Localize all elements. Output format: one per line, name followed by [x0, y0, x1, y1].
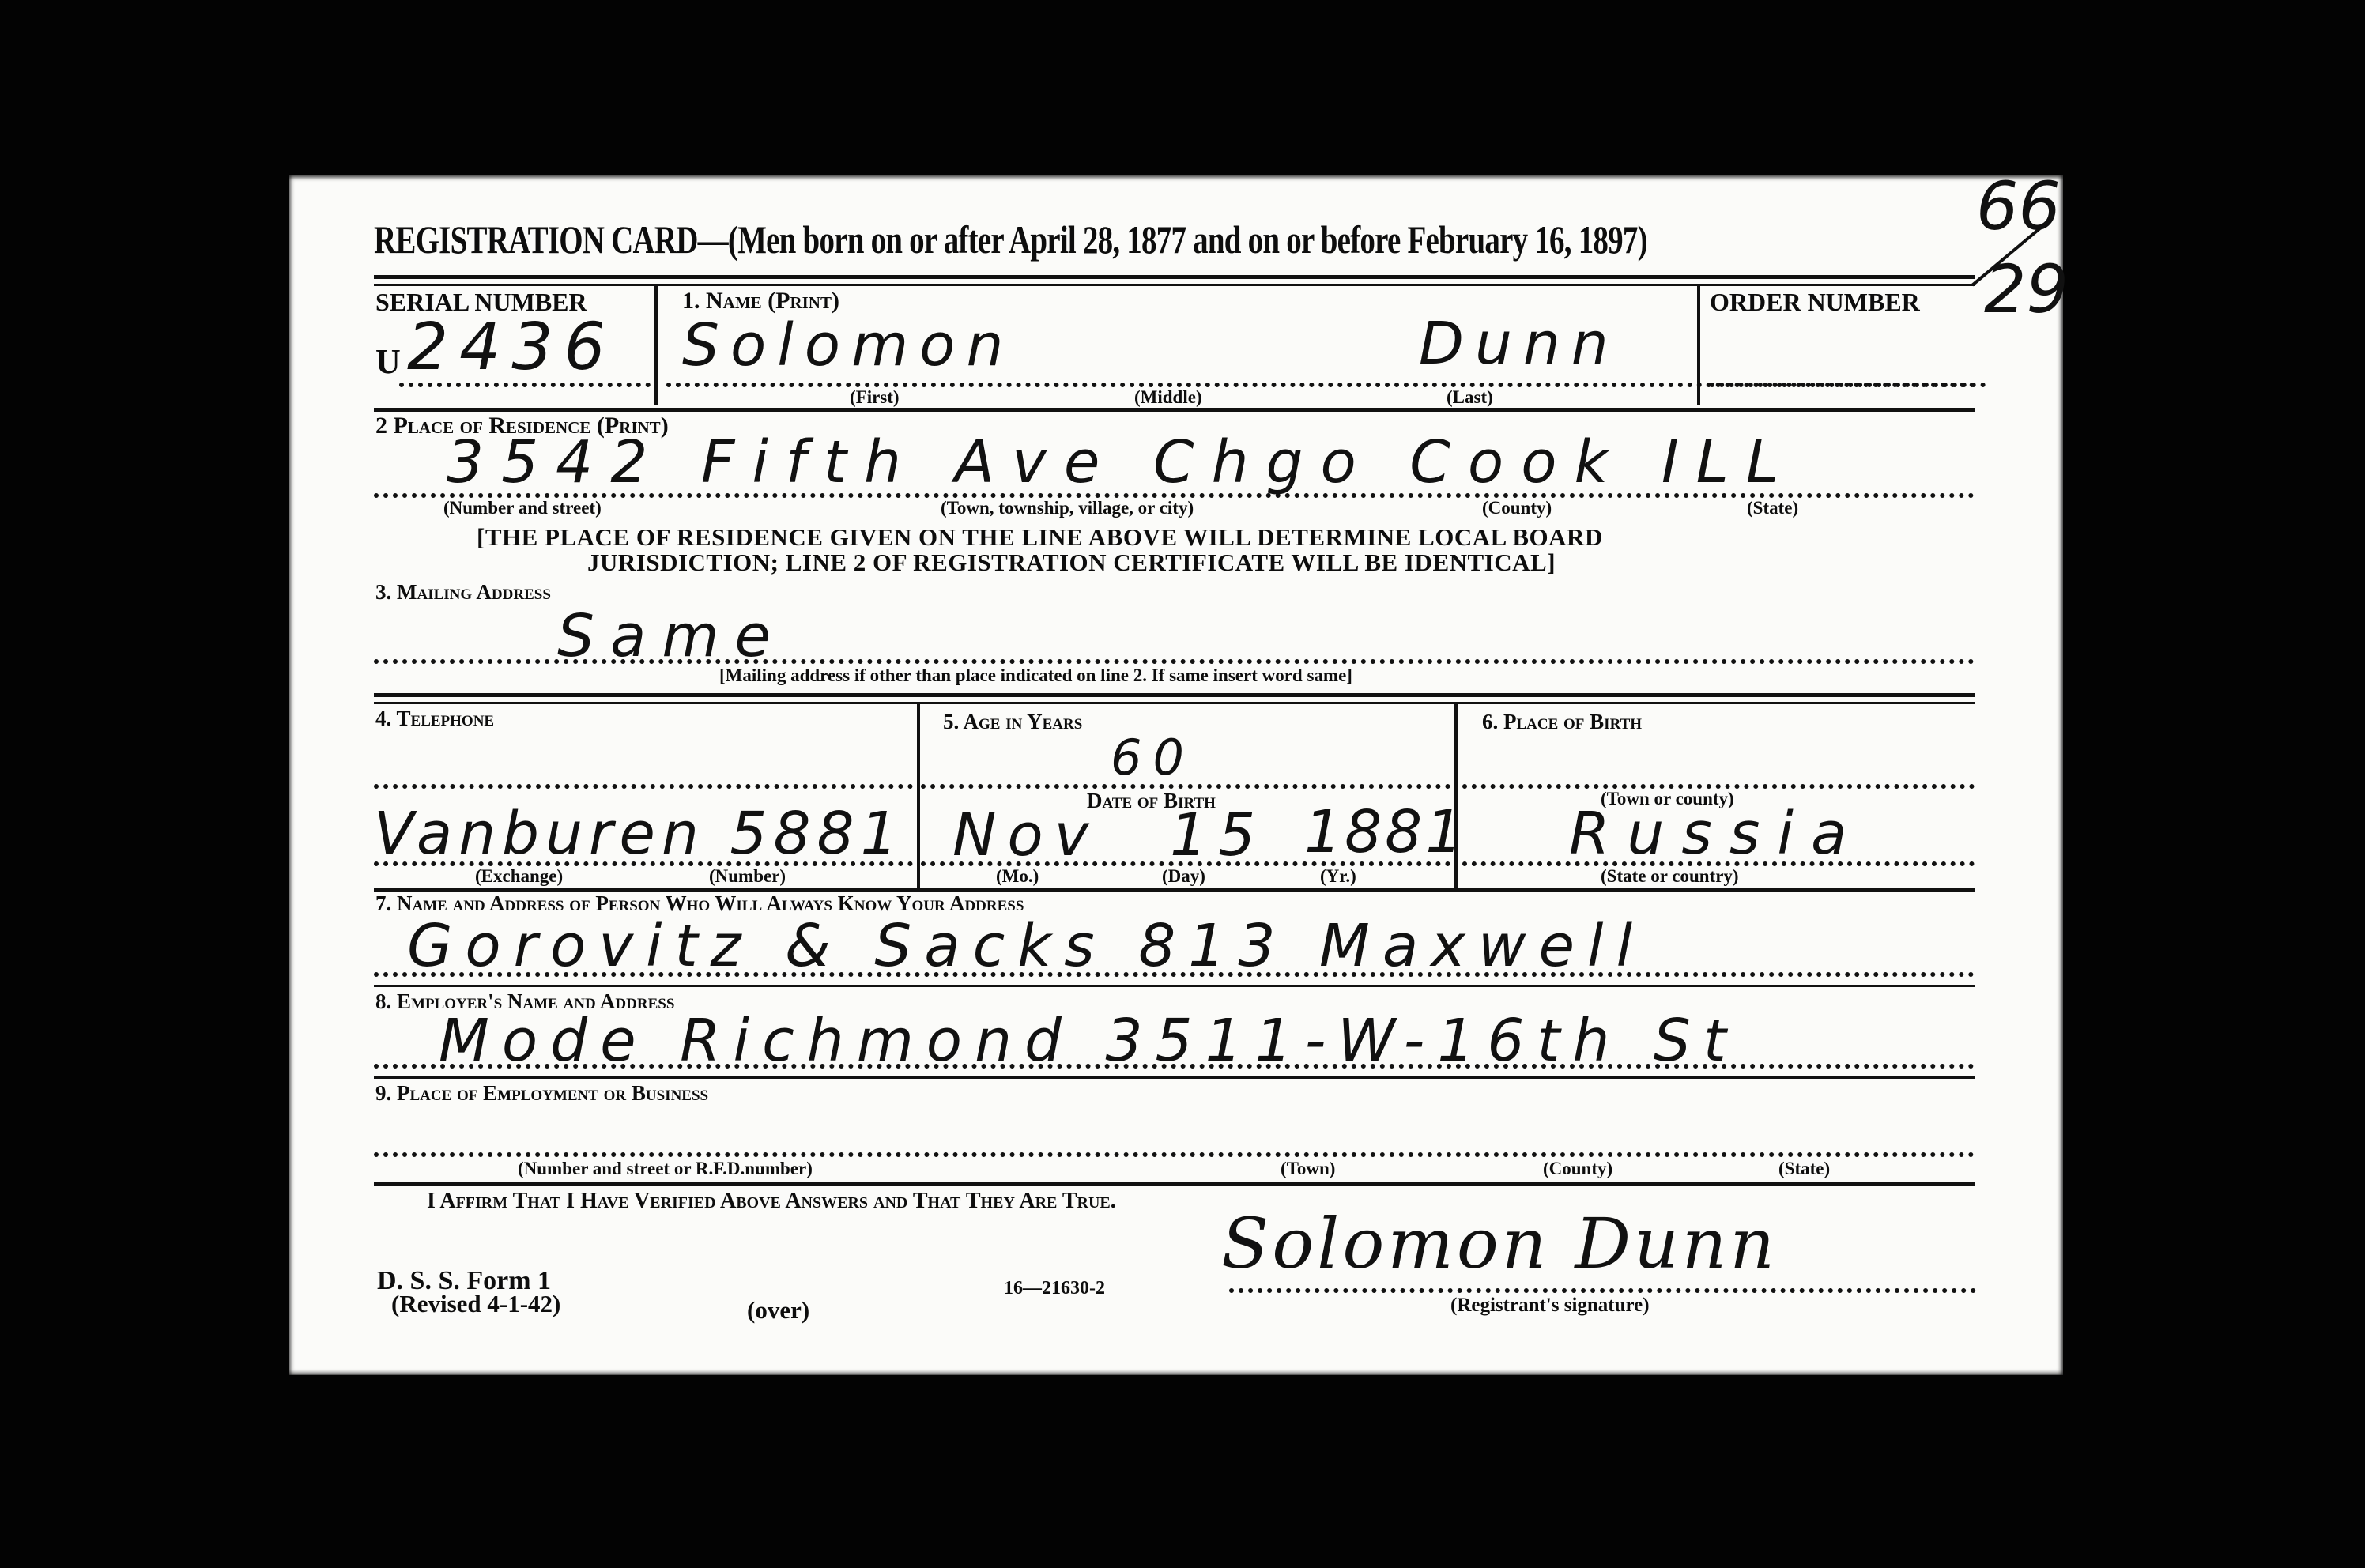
header-rule-2	[374, 284, 1975, 286]
residence-county-caption: (County)	[1482, 498, 1552, 518]
over-label: (over)	[747, 1296, 809, 1325]
name-first[interactable]: Solomon	[682, 311, 1014, 379]
rule	[374, 408, 1975, 412]
residence-notice-line1: [THE PLACE OF RESIDENCE GIVEN ON THE LIN…	[477, 523, 1603, 552]
employment-place-line[interactable]	[374, 1152, 1975, 1157]
employment-town-caption: (Town)	[1281, 1159, 1335, 1179]
margin-note-top: 66	[1976, 168, 2061, 245]
dob-day[interactable]: 15	[1170, 801, 1266, 869]
dob-year[interactable]: 1881	[1304, 798, 1465, 866]
name-last-caption: (Last)	[1447, 387, 1493, 408]
employer-line	[374, 1064, 1975, 1069]
name-middle-caption: (Middle)	[1134, 387, 1202, 408]
rule	[374, 1182, 1975, 1186]
telephone-line-1	[374, 784, 913, 789]
residence-value[interactable]: 3542 Fifth Ave Chgo Cook ILL	[447, 428, 1796, 496]
dob-month-caption: (Mo.)	[996, 866, 1039, 887]
mailing-label: 3. Mailing Address	[375, 580, 551, 605]
employment-street-caption: (Number and street or R.F.D.number)	[518, 1159, 813, 1179]
registrant-signature[interactable]: Solomon Dunn	[1221, 1203, 1778, 1284]
residence-street-caption: (Number and street)	[443, 498, 602, 518]
contact-line	[374, 972, 1975, 977]
affirmation-text: I Affirm That I Have Verified Above Answ…	[427, 1189, 1116, 1214]
divider	[1697, 286, 1700, 405]
employment-state-caption: (State)	[1778, 1159, 1830, 1179]
residence-state-caption: (State)	[1747, 498, 1798, 518]
residence-town-caption: (Town, township, village, or city)	[941, 498, 1194, 518]
telephone-number-caption: (Number)	[709, 866, 786, 887]
serial-line	[399, 383, 651, 387]
name-last[interactable]: Dunn	[1419, 310, 1620, 378]
residence-notice-line2: JURISDICTION; LINE 2 OF REGISTRATION CER…	[587, 548, 1556, 577]
dob-day-caption: (Day)	[1162, 866, 1205, 887]
signature-line	[1229, 1288, 1976, 1293]
order-number-label: ORDER NUMBER	[1710, 288, 1920, 317]
divider	[1454, 703, 1458, 890]
rule	[374, 693, 1975, 697]
print-code: 16—21630-2	[1004, 1278, 1105, 1299]
order-number-line[interactable]	[1710, 383, 1975, 387]
signature-caption: (Registrant's signature)	[1450, 1295, 1650, 1317]
employment-county-caption: (County)	[1543, 1159, 1612, 1179]
form-revised: (Revised 4-1-42)	[391, 1290, 560, 1318]
dob-month[interactable]: Nov	[952, 801, 1100, 869]
name-label: 1. Name (Print)	[682, 288, 839, 315]
dob-year-caption: (Yr.)	[1320, 866, 1356, 887]
telephone-value[interactable]: Vanburen 5881	[374, 800, 904, 868]
divider	[654, 286, 658, 405]
employment-place-label: 9. Place of Employment or Business	[375, 1081, 708, 1106]
serial-prefix: U	[375, 341, 401, 382]
age-value[interactable]: 60	[1111, 729, 1195, 786]
rule	[374, 985, 1975, 987]
mailing-caption: [Mailing address if other than place ind…	[719, 665, 1352, 686]
card-title: REGISTRATION CARD—(Men born on or after …	[374, 217, 1647, 262]
divider	[917, 703, 920, 890]
birthplace-country[interactable]: Russia	[1569, 800, 1864, 868]
telephone-label: 4. Telephone	[375, 707, 494, 731]
serial-value[interactable]: 2436	[407, 310, 617, 385]
rule	[374, 1076, 1975, 1079]
telephone-line-2	[374, 861, 913, 866]
header-rule	[374, 275, 1975, 279]
rule	[374, 702, 1975, 704]
contact-value[interactable]: Gorovitz & Sacks 813 Maxwell	[407, 912, 1645, 980]
mailing-line	[374, 659, 1975, 664]
margin-note-bottom: 29	[1984, 251, 2069, 328]
name-first-caption: (First)	[850, 387, 900, 408]
birthplace-country-caption: (State or country)	[1601, 866, 1739, 887]
birthplace-label: 6. Place of Birth	[1482, 710, 1642, 734]
registration-card: REGISTRATION CARD—(Men born on or after …	[289, 175, 2063, 1375]
age-label: 5. Age in Years	[943, 710, 1082, 734]
telephone-exchange-caption: (Exchange)	[475, 866, 563, 887]
